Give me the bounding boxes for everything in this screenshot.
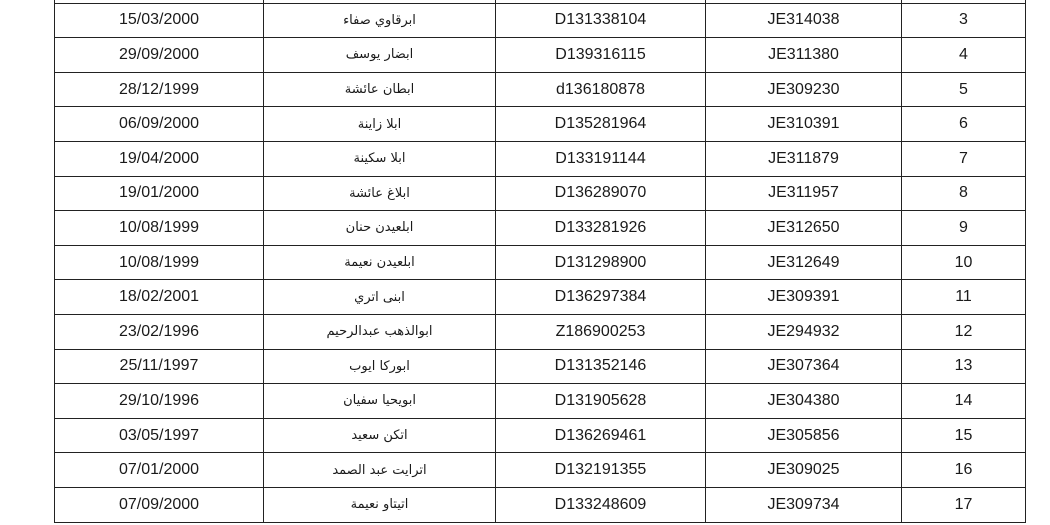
birth-date-cell: 28/12/1999 (55, 72, 264, 107)
code-cell: JE309391 (706, 280, 902, 315)
cin-cell: D131352146 (496, 349, 706, 384)
code-cell: JE309025 (706, 453, 902, 488)
full-name-cell: اتكن سعيد (264, 418, 496, 453)
full-name-text: ابلا زاينة (358, 117, 402, 132)
table-row: 28/12/1999 ابطان عائشة d136180878 JE3092… (55, 72, 1026, 107)
birth-date-cell: 03/05/1997 (55, 418, 264, 453)
row-number-cell: 13 (902, 349, 1026, 384)
full-name-text: ابنى اتري (354, 290, 405, 305)
full-name-cell: ابلعيدن حنان (264, 211, 496, 246)
full-name-cell: ابلعيدن نعيمة (264, 245, 496, 280)
full-name-cell: ابنى اتري (264, 280, 496, 315)
row-number-cell: 4 (902, 38, 1026, 73)
full-name-text: ابطان عائشة (345, 82, 414, 97)
cin-cell: D131338104 (496, 3, 706, 38)
row-number-cell: 5 (902, 72, 1026, 107)
full-name-text: ابرقاوي صفاء (343, 13, 416, 28)
row-number-cell: 10 (902, 245, 1026, 280)
full-name-text: ابلعيدن نعيمة (344, 255, 415, 270)
full-name-cell: ابرقاوي صفاء (264, 3, 496, 38)
birth-date-cell: 19/04/2000 (55, 141, 264, 176)
code-cell: JE294932 (706, 314, 902, 349)
full-name-text: ابوالذهب عبدالرحيم (327, 324, 433, 339)
cin-cell: D132191355 (496, 453, 706, 488)
row-number-cell: 6 (902, 107, 1026, 142)
code-cell: JE312649 (706, 245, 902, 280)
code-cell: JE311879 (706, 141, 902, 176)
table-row: 29/09/2000 ابضار يوسف D139316115 JE31138… (55, 38, 1026, 73)
table-row: 07/09/2000 اتيتاو نعيمة D133248609 JE309… (55, 487, 1026, 522)
table-row: 19/04/2000 ابلا سكينة D133191144 JE31187… (55, 141, 1026, 176)
full-name-cell: ابلا زاينة (264, 107, 496, 142)
row-number-cell: 16 (902, 453, 1026, 488)
student-roster-table: 15/03/2000 ابرقاوي صفاء D131338104 JE314… (54, 0, 1026, 523)
birth-date-cell: 29/09/2000 (55, 38, 264, 73)
table-row: 10/08/1999 ابلعيدن نعيمة D131298900 JE31… (55, 245, 1026, 280)
table-body: 15/03/2000 ابرقاوي صفاء D131338104 JE314… (55, 0, 1026, 522)
table-row: 18/02/2001 ابنى اتري D136297384 JE309391… (55, 280, 1026, 315)
birth-date-cell: 10/08/1999 (55, 245, 264, 280)
cin-cell: D131298900 (496, 245, 706, 280)
code-cell: JE307364 (706, 349, 902, 384)
cin-cell: D139316115 (496, 38, 706, 73)
code-cell: JE311380 (706, 38, 902, 73)
cin-cell: Z186900253 (496, 314, 706, 349)
code-cell: JE309734 (706, 487, 902, 522)
table-row: 29/10/1996 ابويحيا سفيان D131905628 JE30… (55, 384, 1026, 419)
full-name-text: ابويحيا سفيان (343, 393, 416, 408)
table-row: 25/11/1997 ابوركا ايوب D131352146 JE3073… (55, 349, 1026, 384)
cin-cell: D131905628 (496, 384, 706, 419)
birth-date-cell: 23/02/1996 (55, 314, 264, 349)
document-page: 15/03/2000 ابرقاوي صفاء D131338104 JE314… (0, 0, 1050, 525)
code-cell: JE310391 (706, 107, 902, 142)
row-number-cell: 3 (902, 3, 1026, 38)
table-row: 03/05/1997 اتكن سعيد D136269461 JE305856… (55, 418, 1026, 453)
cin-cell: D133191144 (496, 141, 706, 176)
row-number-cell: 11 (902, 280, 1026, 315)
full-name-text: ابوركا ايوب (349, 359, 410, 374)
table-row: 10/08/1999 ابلعيدن حنان D133281926 JE312… (55, 211, 1026, 246)
full-name-text: اتكن سعيد (351, 428, 407, 443)
full-name-text: ابضار يوسف (346, 47, 414, 62)
table-row: 23/02/1996 ابوالذهب عبدالرحيم Z186900253… (55, 314, 1026, 349)
full-name-text: اترايت عبد الصمد (332, 463, 426, 478)
birth-date-cell: 25/11/1997 (55, 349, 264, 384)
birth-date-cell: 07/01/2000 (55, 453, 264, 488)
row-number-cell: 14 (902, 384, 1026, 419)
full-name-cell: ابضار يوسف (264, 38, 496, 73)
birth-date-cell: 19/01/2000 (55, 176, 264, 211)
code-cell: JE305856 (706, 418, 902, 453)
row-number-cell: 7 (902, 141, 1026, 176)
row-number-cell: 8 (902, 176, 1026, 211)
full-name-cell: اترايت عبد الصمد (264, 453, 496, 488)
row-number-cell: 12 (902, 314, 1026, 349)
full-name-cell: ابويحيا سفيان (264, 384, 496, 419)
cin-cell: D136269461 (496, 418, 706, 453)
birth-date-cell: 10/08/1999 (55, 211, 264, 246)
table-row: 19/01/2000 ابلاغ عائشة D136289070 JE3119… (55, 176, 1026, 211)
cin-cell: D133248609 (496, 487, 706, 522)
code-cell: JE312650 (706, 211, 902, 246)
full-name-cell: اتيتاو نعيمة (264, 487, 496, 522)
cin-cell: D136289070 (496, 176, 706, 211)
full-name-cell: ابوركا ايوب (264, 349, 496, 384)
birth-date-cell: 06/09/2000 (55, 107, 264, 142)
birth-date-cell: 29/10/1996 (55, 384, 264, 419)
code-cell: JE304380 (706, 384, 902, 419)
full-name-text: ابلعيدن حنان (346, 220, 414, 235)
table-row: 06/09/2000 ابلا زاينة D135281964 JE31039… (55, 107, 1026, 142)
full-name-cell: ابلاغ عائشة (264, 176, 496, 211)
code-cell: JE311957 (706, 176, 902, 211)
cin-cell: D136297384 (496, 280, 706, 315)
full-name-text: ابلاغ عائشة (349, 186, 410, 201)
full-name-cell: ابوالذهب عبدالرحيم (264, 314, 496, 349)
birth-date-cell: 07/09/2000 (55, 487, 264, 522)
full-name-cell: ابلا سكينة (264, 141, 496, 176)
row-number-cell: 15 (902, 418, 1026, 453)
full-name-text: اتيتاو نعيمة (351, 497, 409, 512)
cin-cell: d136180878 (496, 72, 706, 107)
code-cell: JE314038 (706, 3, 902, 38)
cin-cell: D135281964 (496, 107, 706, 142)
row-number-cell: 17 (902, 487, 1026, 522)
table-row: 07/01/2000 اترايت عبد الصمد D132191355 J… (55, 453, 1026, 488)
code-cell: JE309230 (706, 72, 902, 107)
table-row: 15/03/2000 ابرقاوي صفاء D131338104 JE314… (55, 3, 1026, 38)
cin-cell: D133281926 (496, 211, 706, 246)
row-number-cell: 9 (902, 211, 1026, 246)
full-name-text: ابلا سكينة (353, 151, 405, 166)
birth-date-cell: 15/03/2000 (55, 3, 264, 38)
full-name-cell: ابطان عائشة (264, 72, 496, 107)
birth-date-cell: 18/02/2001 (55, 280, 264, 315)
